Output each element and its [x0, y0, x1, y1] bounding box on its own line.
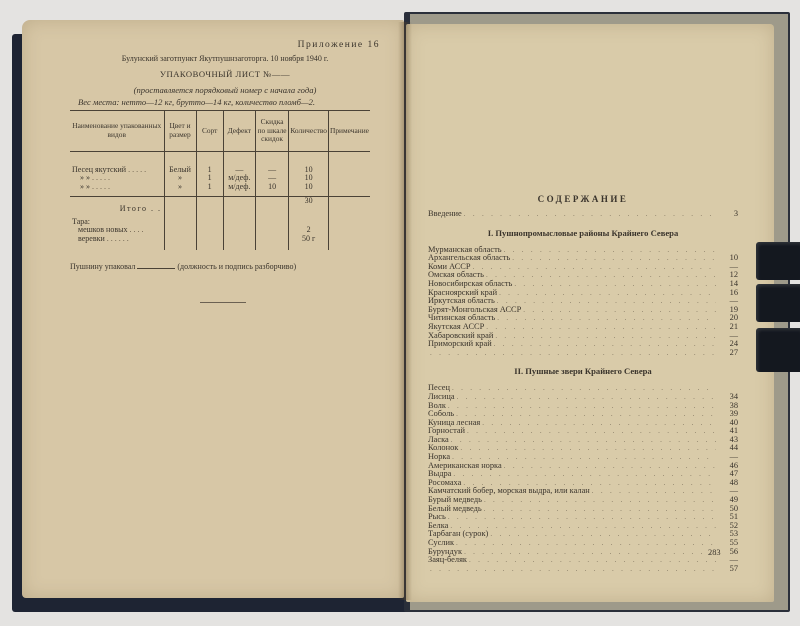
dot-leader: . . . . . . . . . . . . . . . . . . . . … — [430, 349, 716, 358]
dot-leader: . . . . . . . . . . . . . . . . . . . . … — [452, 384, 716, 393]
table-header-row: Наименование упакованных видов Цвет и ра… — [70, 111, 370, 152]
dot-leader: . . . . . . . . . . . . . . . . . . . . … — [451, 436, 716, 445]
toc-entry: Выдра. . . . . . . . . . . . . . . . . .… — [428, 470, 738, 479]
toc-entry: Архангельская область. . . . . . . . . .… — [428, 254, 738, 263]
dot-leader: . . . . . . . . . . . . . . . . . . . . … — [448, 402, 716, 411]
dot-leader: . . . . . . . . . . . . . . . . . . . . … — [514, 280, 716, 289]
toc-entry: Бурундук. . . . . . . . . . . . . . . . … — [428, 548, 738, 557]
toc-entry: Суслик. . . . . . . . . . . . . . . . . … — [428, 539, 738, 548]
dot-leader: . . . . . . . . . . . . . . . . . . . . … — [464, 210, 716, 219]
table-row: » » ..... » 1 м/деф. — 10 — [70, 174, 370, 183]
binder-clip-icon — [756, 328, 800, 372]
toc-entry: . . . . . . . . . . . . . . . . . . . . … — [428, 565, 738, 574]
toc-entry: Колонок. . . . . . . . . . . . . . . . .… — [428, 444, 738, 453]
col-header: Наименование упакованных видов — [70, 111, 164, 152]
page-number: 283 — [708, 548, 721, 557]
dot-leader: . . . . . . . . . . . . . . . . . . . . … — [464, 548, 716, 557]
end-rule — [200, 302, 246, 303]
dot-leader: . . . . . . . . . . . . . . . . . . . . … — [592, 487, 716, 496]
dot-leader: . . . . . . . . . . . . . . . . . . . . … — [430, 565, 716, 574]
dot-leader: . . . . . . . . . . . . . . . . . . . . … — [504, 462, 716, 471]
appendix-label: Приложение 16 — [70, 40, 380, 50]
dot-leader: . . . . . . . . . . . . . . . . . . . . … — [473, 263, 716, 272]
dot-leader: . . . . . . . . . . . . . . . . . . . . … — [497, 297, 716, 306]
toc-section-regions: Мурманская область. . . . . . . . . . . … — [428, 246, 738, 358]
col-header: Количество — [289, 111, 329, 152]
dot-leader: . . . . . . . . . . . . . . . . . . . . … — [495, 332, 716, 341]
weights-line: Вес места: нетто—12 кг, брутто—14 кг, ко… — [70, 97, 380, 107]
signature-blank — [137, 268, 175, 269]
binder-clip-icon — [756, 284, 800, 322]
packed-by-line: Пушнину упаковал (должность и подпись ра… — [70, 262, 380, 271]
sheet-title: УПАКОВОЧНЫЙ ЛИСТ №—— — [70, 69, 380, 79]
dot-leader: . . . . . . . . . . . . . . . . . . . . … — [482, 419, 716, 428]
dot-leader: . . . . . . . . . . . . . . . . . . . . … — [457, 393, 716, 402]
col-header: Скидка по шкале скидок — [255, 111, 289, 152]
binder-clip-icon — [756, 242, 800, 280]
toc-entry: . . . . . . . . . . . . . . . . . . . . … — [428, 349, 738, 358]
table-row: Песец якутский ..... Белый 1 — — 10 — [70, 166, 370, 175]
toc-entry: Лисица. . . . . . . . . . . . . . . . . … — [428, 393, 738, 402]
table-of-contents: СОДЕРЖАНИЕ Введение . . . . . . . . . . … — [428, 194, 738, 573]
toc-entry: Белый медведь. . . . . . . . . . . . . .… — [428, 505, 738, 514]
toc-entry: Рысь. . . . . . . . . . . . . . . . . . … — [428, 513, 738, 522]
dot-leader: . . . . . . . . . . . . . . . . . . . . … — [456, 539, 716, 548]
dot-leader: . . . . . . . . . . . . . . . . . . . . … — [460, 444, 716, 453]
dot-leader: . . . . . . . . . . . . . . . . . . . . … — [523, 306, 716, 315]
dot-leader: . . . . . . . . . . . . . . . . . . . . … — [469, 556, 716, 565]
table-row: » » ..... » 1 м/деф. 10 10 — [70, 183, 370, 196]
toc-entry: Горностай. . . . . . . . . . . . . . . .… — [428, 427, 738, 436]
toc-entry: Приморский край. . . . . . . . . . . . .… — [428, 340, 738, 349]
col-header: Сорт — [196, 111, 223, 152]
dot-leader: . . . . . . . . . . . . . . . . . . . . … — [490, 530, 716, 539]
toc-entry: Ласка. . . . . . . . . . . . . . . . . .… — [428, 436, 738, 445]
toc-section-animals: Песец. . . . . . . . . . . . . . . . . .… — [428, 384, 738, 573]
dot-leader: . . . . . . . . . . . . . . . . . . . . … — [486, 271, 716, 280]
toc-entry: Тарбаган (сурок). . . . . . . . . . . . … — [428, 530, 738, 539]
packing-list-appendix: Приложение 16 Булунский заготпункт Якутп… — [70, 40, 380, 271]
packing-table: Наименование упакованных видов Цвет и ра… — [70, 110, 370, 250]
section-title: II. Пушные звери Крайнего Севера — [428, 366, 738, 376]
toc-entry: Песец. . . . . . . . . . . . . . . . . .… — [428, 384, 738, 393]
total-row: Итого . . 30 — [70, 196, 370, 213]
toc-entry: Заяц-беляк. . . . . . . . . . . . . . . … — [428, 556, 738, 565]
dot-leader: . . . . . . . . . . . . . . . . . . . . … — [494, 340, 716, 349]
section-title: I. Пушнопромысловые районы Крайнего Севе… — [428, 228, 738, 238]
dot-leader: . . . . . . . . . . . . . . . . . . . . … — [504, 246, 716, 255]
col-header: Примечание — [329, 111, 371, 152]
dot-leader: . . . . . . . . . . . . . . . . . . . . … — [486, 323, 716, 332]
dot-leader: . . . . . . . . . . . . . . . . . . . . … — [512, 254, 716, 263]
toc-entry: Американская норка. . . . . . . . . . . … — [428, 462, 738, 471]
toc-entry: Куница лесная. . . . . . . . . . . . . .… — [428, 419, 738, 428]
tare-row: веревки ...... 50 г — [70, 235, 370, 250]
contents-title: СОДЕРЖАНИЕ — [428, 194, 738, 204]
col-header: Цвет и размер — [164, 111, 196, 152]
toc-entry-intro: Введение . . . . . . . . . . . . . . . .… — [428, 210, 738, 219]
dot-leader: . . . . . . . . . . . . . . . . . . . . … — [499, 289, 716, 298]
numbering-note: (проставляется порядковый номер с начала… — [70, 85, 380, 95]
book-gutter — [398, 22, 412, 600]
dot-leader: . . . . . . . . . . . . . . . . . . . . … — [484, 496, 716, 505]
toc-entry: Волк. . . . . . . . . . . . . . . . . . … — [428, 402, 738, 411]
header-line: Булунский заготпункт Якутпушнзаготорга. … — [70, 54, 380, 63]
dot-leader: . . . . . . . . . . . . . . . . . . . . … — [497, 314, 716, 323]
dot-leader: . . . . . . . . . . . . . . . . . . . . … — [484, 505, 716, 514]
dot-leader: . . . . . . . . . . . . . . . . . . . . … — [467, 427, 716, 436]
dot-leader: . . . . . . . . . . . . . . . . . . . . … — [456, 410, 716, 419]
dot-leader: . . . . . . . . . . . . . . . . . . . . … — [453, 470, 716, 479]
col-header: Дефект — [223, 111, 255, 152]
dot-leader: . . . . . . . . . . . . . . . . . . . . … — [448, 513, 716, 522]
dot-leader: . . . . . . . . . . . . . . . . . . . . … — [450, 522, 716, 531]
